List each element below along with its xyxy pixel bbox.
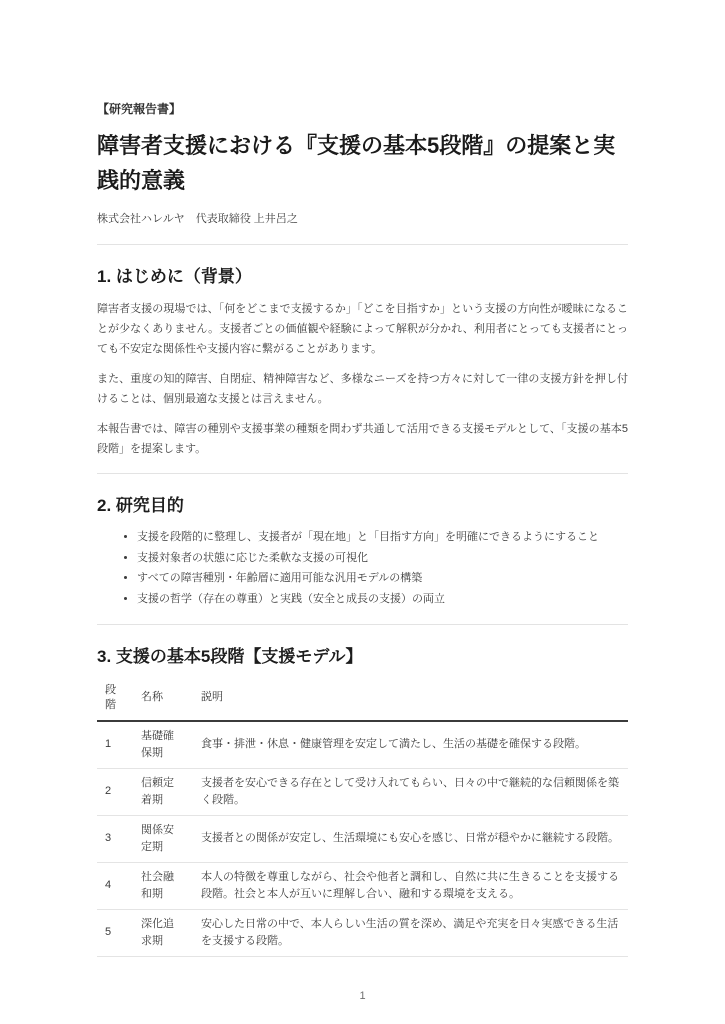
description-cell: 安心した日常の中で、本人らしい生活の質を深め、満足や充実を日々実感できる生活を支… — [201, 909, 628, 956]
name-cell: 信頼定着期 — [141, 768, 201, 815]
table-row: 3 関係安定期 支援者との関係が安定し、生活環境にも安心を感じ、日常が穏やかに継… — [97, 815, 628, 862]
list-item: 支援対象者の状態に応じた柔軟な支援の可視化 — [137, 549, 628, 569]
section-heading: 1. はじめに（背景） — [97, 265, 628, 289]
section-divider — [97, 624, 628, 625]
description-cell: 支援者との関係が安定し、生活環境にも安心を感じ、日常が穏やかに継続する段階。 — [201, 815, 628, 862]
page-number: 1 — [0, 990, 725, 1002]
author-line: 株式会社ハレルヤ 代表取締役 上井呂之 — [97, 210, 628, 230]
section-support-model: 3. 支援の基本5段階【支援モデル】 段階 名称 説明 1 基礎確保期 食事・排… — [97, 645, 628, 957]
name-cell: 基礎確保期 — [141, 721, 201, 769]
section-introduction: 1. はじめに（背景） 障害者支援の現場では、「何をどこまで支援するか」「どこを… — [97, 265, 628, 459]
section-heading: 2. 研究目的 — [97, 494, 628, 518]
report-page: 【研究報告書】 障害者支援における『支援の基本5段階』の提案と実践的意義 株式会… — [0, 0, 725, 1024]
stage-cell: 2 — [97, 768, 141, 815]
table-row: 1 基礎確保期 食事・排泄・休息・健康管理を安定して満たし、生活の基礎を確保する… — [97, 721, 628, 769]
description-cell: 支援者を安心できる存在として受け入れてもらい、日々の中で継続的な信頼関係を築く段… — [201, 768, 628, 815]
paragraph: また、重度の知的障害、自閉症、精神障害など、多様なニーズを持つ方々に対して一律の… — [97, 369, 628, 409]
list-item: 支援の哲学（存在の尊重）と実践（安全と成長の支援）の両立 — [137, 590, 628, 610]
list-item: すべての障害種別・年齢層に適用可能な汎用モデルの構築 — [137, 569, 628, 589]
stage-table: 段階 名称 説明 1 基礎確保期 食事・排泄・休息・健康管理を安定して満たし、生… — [97, 679, 628, 957]
column-header-stage: 段階 — [97, 679, 141, 721]
column-header-name: 名称 — [141, 679, 201, 721]
list-item: 支援を段階的に整理し、支援者が「現在地」と「目指す方向」を明確にできるようにする… — [137, 528, 628, 548]
section-heading: 3. 支援の基本5段階【支援モデル】 — [97, 645, 628, 669]
name-cell: 社会融和期 — [141, 862, 201, 909]
column-header-description: 説明 — [201, 679, 628, 721]
table-header-row: 段階 名称 説明 — [97, 679, 628, 721]
table-row: 5 深化追求期 安心した日常の中で、本人らしい生活の質を深め、満足や充実を日々実… — [97, 909, 628, 956]
name-cell: 深化追求期 — [141, 909, 201, 956]
stage-cell: 1 — [97, 721, 141, 769]
purpose-list: 支援を段階的に整理し、支援者が「現在地」と「目指す方向」を明確にできるようにする… — [97, 528, 628, 610]
paragraph: 障害者支援の現場では、「何をどこまで支援するか」「どこを目指すか」という支援の方… — [97, 299, 628, 359]
stage-cell: 3 — [97, 815, 141, 862]
document-title: 障害者支援における『支援の基本5段階』の提案と実践的意義 — [97, 128, 628, 198]
section-divider — [97, 473, 628, 474]
table-row: 4 社会融和期 本人の特徴を尊重しながら、社会や他者と調和し、自然に共に生きるこ… — [97, 862, 628, 909]
stage-cell: 5 — [97, 909, 141, 956]
section-research-purpose: 2. 研究目的 支援を段階的に整理し、支援者が「現在地」と「目指す方向」を明確に… — [97, 494, 628, 610]
description-cell: 食事・排泄・休息・健康管理を安定して満たし、生活の基礎を確保する段階。 — [201, 721, 628, 769]
table-row: 2 信頼定着期 支援者を安心できる存在として受け入れてもらい、日々の中で継続的な… — [97, 768, 628, 815]
stage-cell: 4 — [97, 862, 141, 909]
description-cell: 本人の特徴を尊重しながら、社会や他者と調和し、自然に共に生きることを支援する段階… — [201, 862, 628, 909]
section-divider — [97, 244, 628, 245]
name-cell: 関係安定期 — [141, 815, 201, 862]
report-type-label: 【研究報告書】 — [97, 100, 628, 118]
paragraph: 本報告書では、障害の種別や支援事業の種類を問わず共通して活用できる支援モデルとし… — [97, 419, 628, 459]
